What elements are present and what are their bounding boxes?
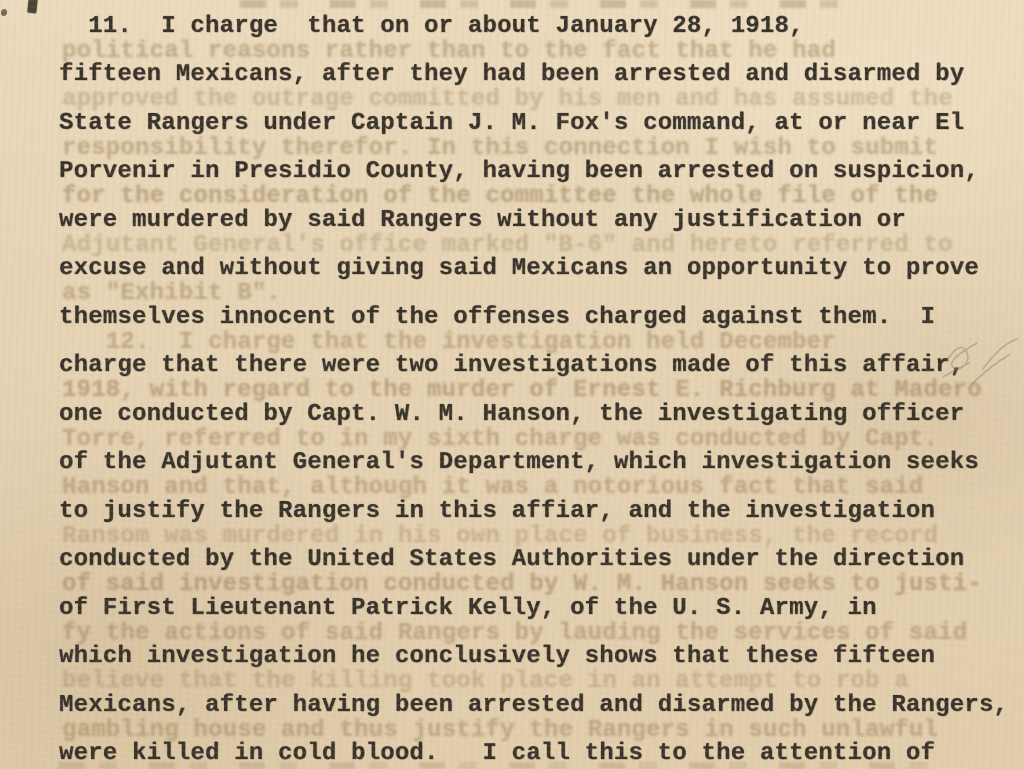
ink-mark (27, 0, 38, 13)
typed-line: of the Adjutant General's Department, wh… (59, 449, 979, 476)
typed-line: themselves innocent of the offenses char… (59, 304, 935, 331)
typed-line: were killed in cold blood. I call this t… (59, 740, 935, 767)
pencil-scribble (933, 333, 1023, 408)
typed-line: conducted by the United States Authoriti… (59, 546, 964, 573)
typed-line: of First Lieutenant Patrick Kelly, of th… (59, 595, 877, 622)
typed-line: one conducted by Capt. W. M. Hanson, the… (59, 401, 964, 428)
typed-line: fifteen Mexicans, after they had been ar… (59, 61, 964, 88)
typed-line: State Rangers under Captain J. M. Fox's … (59, 110, 964, 137)
typed-line: Porvenir in Presidio County, having been… (59, 158, 979, 185)
typed-line: 11. I charge that on or about January 28… (59, 13, 804, 40)
ink-speck (1, 9, 7, 16)
typed-line: charge that there were two investigation… (59, 352, 964, 379)
typed-text-layer: 11. I charge that on or about January 28… (59, 0, 1024, 769)
typed-line: were murdered by said Rangers without an… (59, 207, 906, 234)
typed-line: which investigation he conclusively show… (59, 643, 935, 670)
typed-line: excuse and without giving said Mexicans … (59, 255, 979, 282)
typed-line: Mexicans, after having been arrested and… (59, 692, 1008, 719)
document-page: political reasons rather than to the fac… (0, 0, 1024, 769)
typed-line: to justify the Rangers in this affiar, a… (59, 498, 935, 525)
